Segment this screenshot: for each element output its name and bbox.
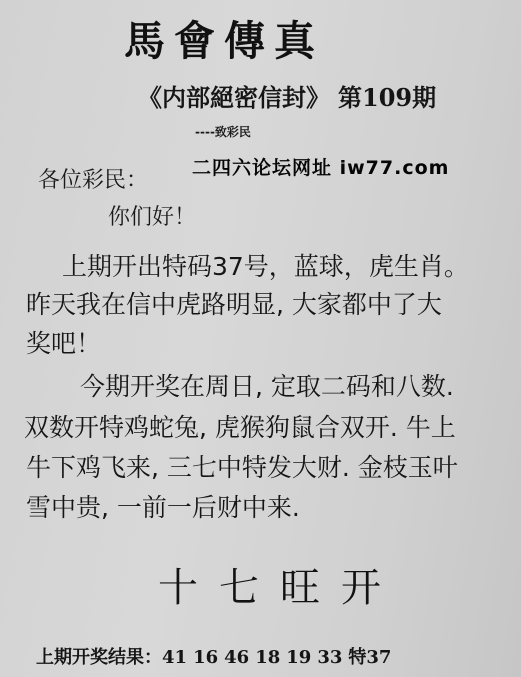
- subtitle: 《内部絕密信封》第109期: [138, 78, 436, 113]
- body-line: 奖吧！: [26, 324, 101, 360]
- greeting: 各位彩民：: [38, 163, 148, 194]
- results-label: 上期开奖结果：: [36, 647, 162, 668]
- issue-number: 第109期: [338, 83, 436, 112]
- watermark-url: 二四六论坛网址 iw77.com: [192, 153, 449, 180]
- signature: ----致彩民: [195, 123, 251, 140]
- body-line: 今期开奖在周日, 定取二码和八数.: [80, 367, 454, 403]
- result-number: 33: [317, 647, 342, 668]
- result-number: 46: [224, 647, 249, 668]
- result-number: 41: [162, 647, 187, 668]
- body-line: 雪中贵, 一前一后财中来.: [26, 488, 300, 524]
- body-line: 昨天我在信中虎路明显, 大家都中了大: [26, 285, 442, 321]
- subtitle-label: 《内部絕密信封》: [138, 83, 330, 112]
- slogan: 十七旺开: [158, 556, 402, 613]
- body-line: 牛下鸡飞来, 三七中特发大财. 金枝玉叶: [26, 448, 458, 484]
- body-line: 上期开出特码37号，蓝球，虎生肖。: [62, 247, 469, 283]
- result-number: 16: [193, 647, 218, 668]
- document-title: 馬會傳真: [124, 8, 324, 67]
- body-line: 双数开特鸡蛇兔, 虎猴狗鼠合双开. 牛上: [24, 408, 456, 444]
- special-number: 37: [366, 647, 391, 668]
- special-label: 特: [348, 647, 366, 668]
- last-results: 上期开奖结果：411646181933特37: [36, 643, 391, 669]
- result-number: 18: [255, 647, 280, 668]
- hello-line: 你们好！: [108, 200, 196, 231]
- result-number: 19: [286, 647, 311, 668]
